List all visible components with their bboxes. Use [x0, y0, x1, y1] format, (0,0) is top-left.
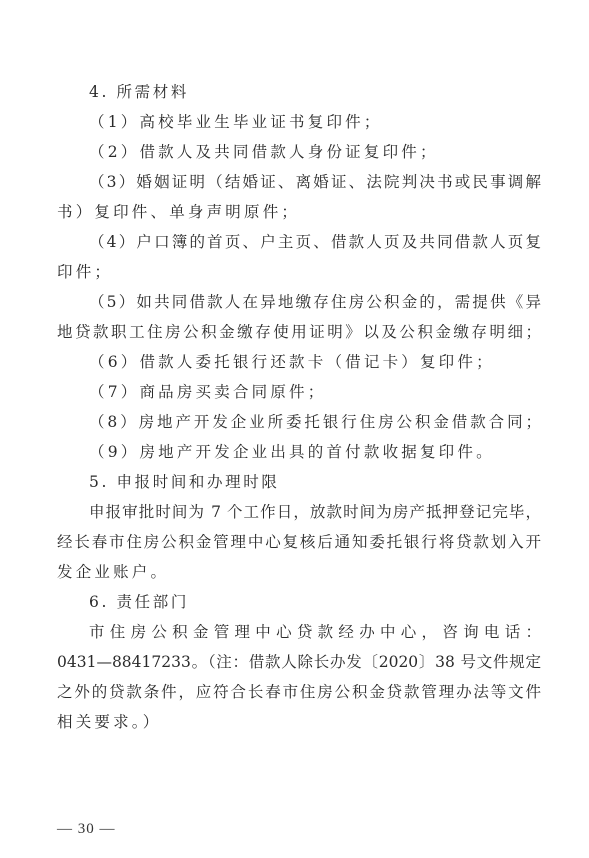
section-5-text-line-3: 发企业账户。 [57, 557, 541, 587]
section-5-heading: 5. 申报时间和办理时限 [89, 467, 541, 497]
section-6-heading: 6. 责任部门 [89, 587, 541, 617]
material-item-7: （7）商品房买卖合同原件； [89, 377, 541, 407]
material-item-6: （6）借款人委托银行还款卡（借记卡）复印件； [89, 347, 541, 377]
section-6-text-line-2: 0431—88417233。（注：借款人除长办发〔2020〕38 号文件规定 [57, 647, 541, 677]
page-number: — 30 — [57, 817, 116, 841]
section-4-heading: 4. 所需材料 [89, 77, 541, 107]
material-item-1: （1）高校毕业生毕业证书复印件； [89, 107, 541, 137]
material-item-3-line-2: 书）复印件、单身声明原件； [57, 197, 541, 227]
material-item-8: （8）房地产开发企业所委托银行住房公积金借款合同； [89, 407, 541, 437]
material-item-4-line-2: 印件； [57, 257, 541, 287]
material-item-5-line-2: 地贷款职工住房公积金缴存使用证明》以及公积金缴存明细； [57, 317, 541, 347]
document-page: 4. 所需材料 （1）高校毕业生毕业证书复印件； （2）借款人及共同借款人身份证… [0, 0, 589, 858]
material-item-5-line-1: （5）如共同借款人在异地缴存住房公积金的，需提供《异 [89, 287, 541, 317]
material-item-2: （2）借款人及共同借款人身份证复印件； [89, 137, 541, 167]
material-item-3-line-1: （3）婚姻证明（结婚证、离婚证、法院判决书或民事调解 [89, 167, 541, 197]
material-item-4-line-1: （4）户口簿的首页、户主页、借款人页及共同借款人页复 [89, 227, 541, 257]
section-6-text-line-4: 相关要求。） [57, 707, 541, 737]
section-5-text-line-2: 经长春市住房公积金管理中心复核后通知委托银行将贷款划入开 [57, 527, 541, 557]
section-6-text-line-1: 市住房公积金管理中心贷款经办中心，咨询电话： [89, 617, 541, 647]
section-5-text-line-1: 申报审批时间为 7 个工作日，放款时间为房产抵押登记完毕， [89, 497, 541, 527]
section-6-text-line-3: 之外的贷款条件，应符合长春市住房公积金贷款管理办法等文件 [57, 677, 541, 707]
material-item-9: （9）房地产开发企业出具的首付款收据复印件。 [89, 437, 541, 467]
